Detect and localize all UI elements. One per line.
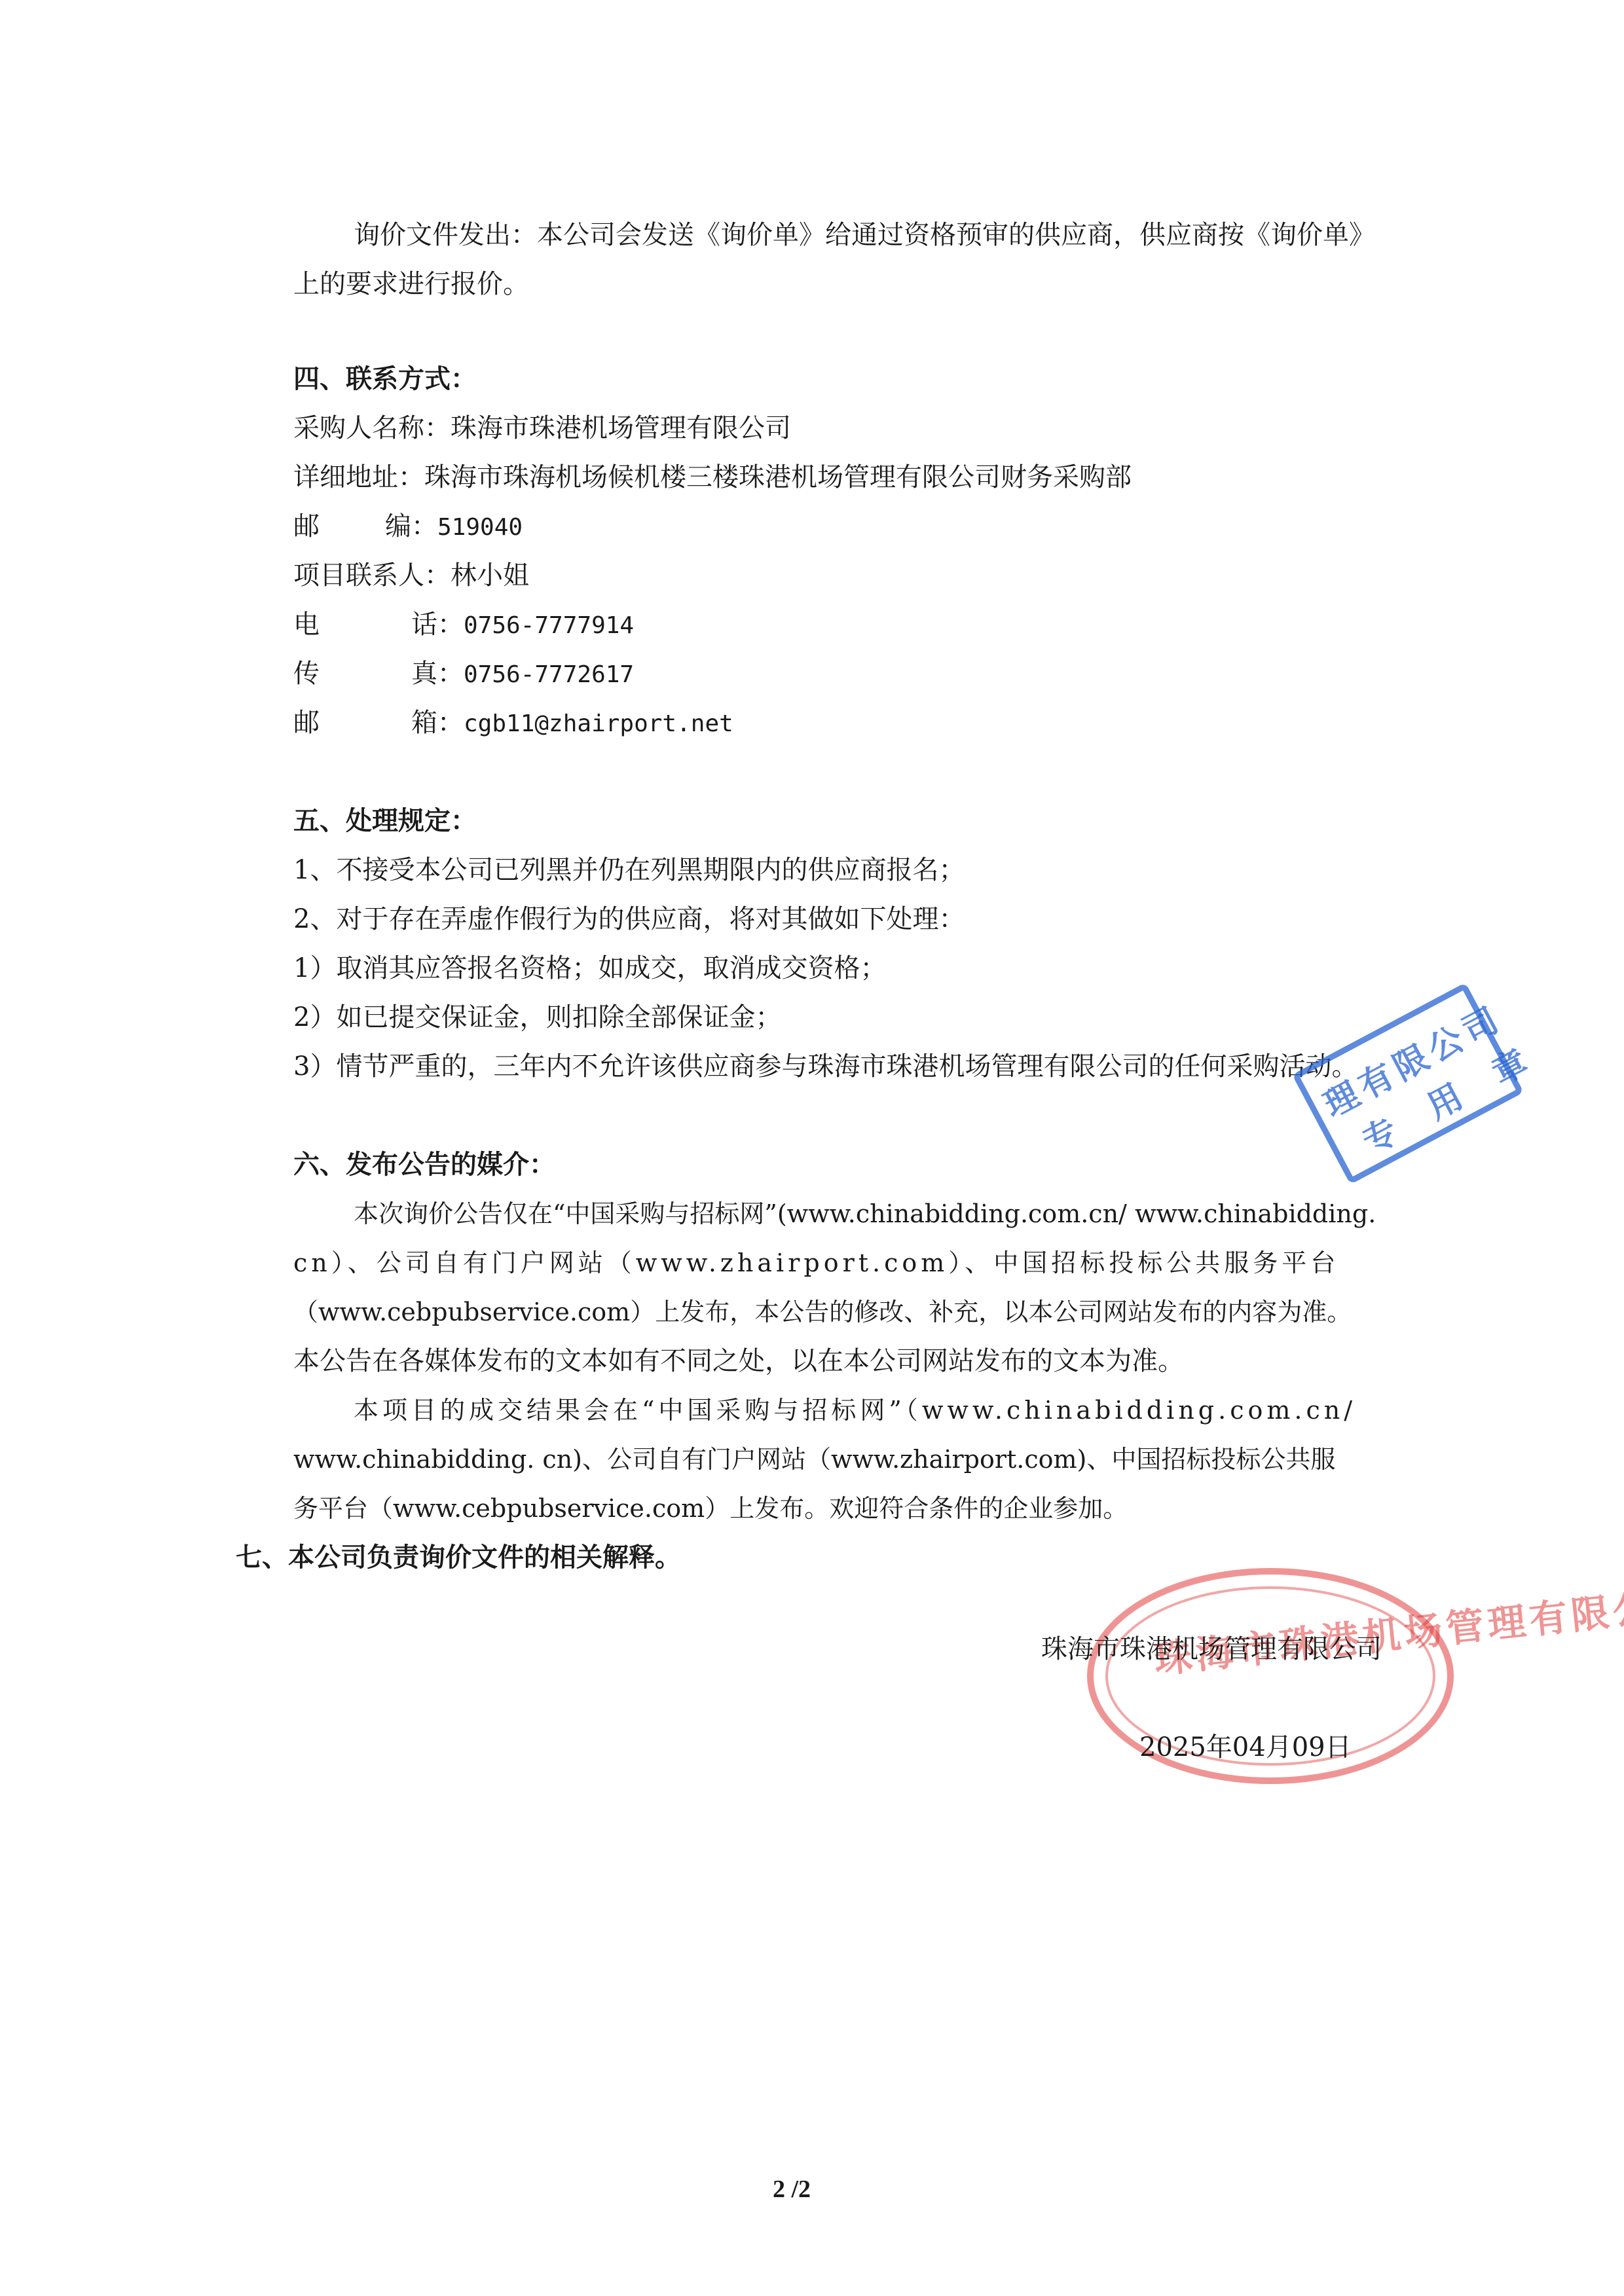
media-para2-line1: 本项目的成交结果会在“中国采购与招标网”（www.chinabidding.co… — [354, 1394, 1356, 1426]
rule-subitem-1: 1）取消其应答报名资格；如成交，取消成交资格； — [293, 953, 886, 984]
intro-line-1: 询价文件发出：本公司会发送《询价单》给通过资格预审的供应商，供应商按《询价单》 — [354, 219, 1467, 251]
postcode-label-b: 编： — [385, 511, 437, 541]
fax-value: 0756-7772617 — [464, 661, 634, 688]
phone-row: 电话：0756-7777914 — [293, 609, 634, 642]
email-value: cgb11@zhairport.net — [464, 710, 733, 737]
email-label-a: 邮 — [293, 707, 411, 738]
media-para1-line4: 本公告在各媒体发布的文本如有不同之处，以在本公司网站发布的文本为准。 — [293, 1345, 1184, 1377]
contact-row: 项目联系人：林小姐 — [293, 560, 529, 591]
signature-company: 珠海市珠港机场管理有限公司 — [1041, 1633, 1382, 1665]
rule-subitem-3: 3）情节严重的，三年内不允许该供应商参与珠海市珠港机场管理有限公司的任何采购活动… — [293, 1051, 1357, 1082]
section7-title: 七、本公司负责询价文件的相关解释。 — [236, 1542, 681, 1573]
postcode-value: 519040 — [437, 514, 523, 541]
rule-item-2: 2、对于存在弄虚作假行为的供应商，将对其做如下处理： — [293, 903, 965, 935]
postcode-label-a: 邮 — [293, 511, 385, 542]
page-number: 2 /2 — [773, 2175, 811, 2204]
address-label: 详细地址： — [293, 462, 424, 492]
signature-date: 2025年04月09日 — [1139, 1732, 1352, 1763]
section4-title: 四、联系方式： — [293, 363, 477, 395]
postcode-row: 邮编：519040 — [293, 511, 523, 543]
media-para2-line2: www.chinabidding. cn)、公司自有门户网站（www.zhair… — [293, 1444, 1335, 1475]
phone-value: 0756-7777914 — [464, 612, 634, 639]
purchaser-row: 采购人名称：珠海市珠港机场管理有限公司 — [293, 412, 791, 444]
purchaser-label: 采购人名称： — [293, 413, 451, 443]
phone-label-b: 话： — [411, 610, 464, 640]
intro-line-2: 上的要求进行报价。 — [293, 268, 529, 300]
fax-label-a: 传 — [293, 658, 411, 689]
email-row: 邮箱：cgb11@zhairport.net — [293, 707, 733, 740]
fax-row: 传真：0756-7772617 — [293, 658, 634, 691]
procurement-special-stamp: 理有限公司 专用章 — [1292, 983, 1524, 1185]
address-row: 详细地址：珠海市珠海机场候机楼三楼珠港机场管理有限公司财务采购部 — [293, 462, 1132, 493]
contact-label: 项目联系人： — [293, 560, 451, 591]
rule-item-1: 1、不接受本公司已列黑并仍在列黑期限内的供应商报名； — [293, 854, 965, 886]
media-para1-line2: cn）、公司自有门户网站（www.zhairport.com）、中国招标投标公共… — [293, 1247, 1339, 1279]
purchaser-value: 珠海市珠港机场管理有限公司 — [451, 413, 791, 443]
section5-title: 五、处理规定： — [293, 805, 477, 837]
media-para1-line3: （www.cebpubservice.com）上发布，本公告的修改、补充，以本公… — [293, 1296, 1352, 1328]
address-value: 珠海市珠海机场候机楼三楼珠港机场管理有限公司财务采购部 — [424, 462, 1132, 492]
media-para1-line1: 本次询价公告仅在“中国采购与招标网”(www.chinabidding.com.… — [354, 1198, 1376, 1230]
section6-title: 六、发布公告的媒介： — [293, 1149, 555, 1180]
contact-value: 林小姐 — [451, 560, 529, 591]
media-para2-line3: 务平台（www.cebpubservice.com）上发布。欢迎符合条件的企业参… — [293, 1493, 1128, 1524]
fax-label-b: 真： — [411, 659, 464, 689]
email-label-b: 箱： — [411, 708, 464, 738]
phone-label-a: 电 — [293, 609, 411, 640]
rule-subitem-2: 2）如已提交保证金，则扣除全部保证金； — [293, 1002, 781, 1033]
